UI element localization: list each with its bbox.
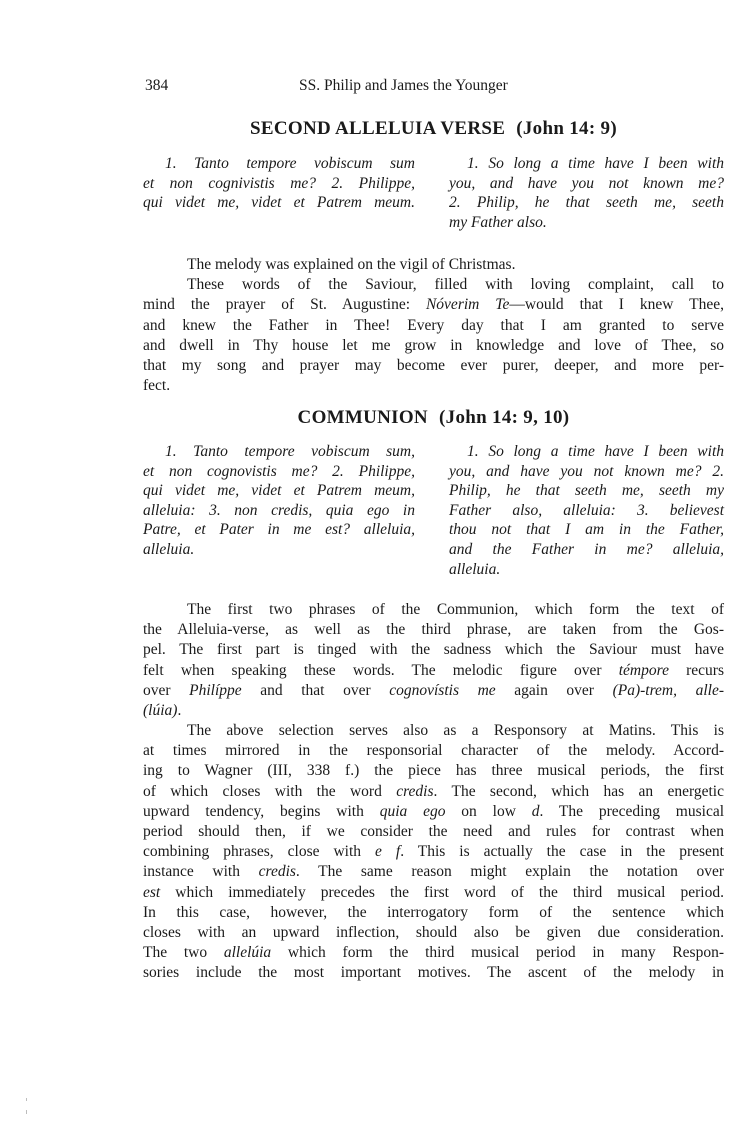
- body-line: The first two phrases of the Communion, …: [143, 600, 724, 620]
- latin-word: credis: [396, 783, 433, 800]
- text-run: on low: [445, 803, 531, 820]
- english-line: Father also, alleluia: 3. believest: [449, 501, 724, 521]
- body-line: that my song and prayer may become ever …: [143, 356, 724, 376]
- running-title: SS. Philip and James the Younger: [299, 77, 508, 95]
- text-run: The two: [143, 944, 224, 961]
- section-heading-alleluia-verse: SECOND ALLELUIA VERSE (John 14: 9): [143, 118, 724, 140]
- latin-word: (lúia): [143, 702, 177, 719]
- commentary-paragraphs-1: The melody was explained on the vigil of…: [143, 255, 724, 396]
- text-run: over: [143, 682, 189, 699]
- commentary-paragraph-2: The first two phrases of the Communion, …: [143, 600, 724, 721]
- latin-word: credis: [259, 863, 296, 880]
- text-run: —would that I knew Thee,: [509, 296, 724, 313]
- body-line: (lúia).: [143, 701, 724, 721]
- scan-artifact: [26, 1098, 27, 1101]
- page-number: 384: [145, 77, 168, 95]
- scan-artifact: [26, 1110, 27, 1114]
- latin-line: 1. Tanto tempore vobiscum sum: [143, 154, 415, 174]
- section-title: SECOND ALLELUIA VERSE: [250, 118, 505, 139]
- latin-word: Philíppe: [189, 682, 242, 699]
- text-run: . This is actually the case in the prese…: [400, 843, 724, 860]
- text-run: upward tendency, begins with: [143, 803, 380, 820]
- body-line: upward tendency, begins with quia ego on…: [143, 802, 724, 822]
- body-line: over Philíppe and that over cognovístis …: [143, 681, 724, 701]
- commentary-paragraph-3: The above selection serves also as a Res…: [143, 721, 724, 984]
- body-line: closes with an upward inflection, should…: [143, 923, 724, 943]
- body-line: fect.: [143, 376, 724, 396]
- english-text-column: 1. So long a time have I been with you, …: [449, 442, 724, 579]
- note-letters: e f: [375, 843, 400, 860]
- latin-line: et non cognovistis me? 2. Philippe,: [143, 462, 415, 482]
- latin-line: qui videt me, videt et Patrem meum,: [143, 481, 415, 501]
- latin-word: quia ego: [380, 803, 446, 820]
- body-line: pel. The first part is tinged with the s…: [143, 640, 724, 660]
- body-line: The two allelúia which form the third mu…: [143, 943, 724, 963]
- text-run: .: [177, 702, 181, 719]
- body-line: The above selection serves also as a Res…: [143, 721, 724, 741]
- body-line: sories include the most important motive…: [143, 963, 724, 983]
- body-line: mind the prayer of St. Augustine: Nóveri…: [143, 295, 724, 315]
- latin-line: qui videt me, videt et Patrem meum.: [143, 193, 415, 213]
- english-line: 1. So long a time have I been with: [449, 154, 724, 174]
- english-line: Philip, he that seeth me, seeth my: [449, 481, 724, 501]
- latin-text-column: 1. Tanto tempore vobiscum sum et non cog…: [143, 154, 415, 213]
- latin-line: alleluia.: [143, 540, 415, 560]
- body-line: and knew the Father in Thee! Every day t…: [143, 316, 724, 336]
- body-line: of which closes with the word credis. Th…: [143, 782, 724, 802]
- latin-line: et non cognivistis me? 2. Philippe,: [143, 174, 415, 194]
- text-run: which immediately precedes the first wor…: [160, 884, 724, 901]
- text-run: of which closes with the word: [143, 783, 396, 800]
- text-run: mind the prayer of St. Augustine:: [143, 296, 426, 313]
- body-line: combining phrases, close with e f. This …: [143, 842, 724, 862]
- section-heading-communion: COMMUNION (John 14: 9, 10): [143, 407, 724, 429]
- text-run: again over: [496, 682, 613, 699]
- latin-word: est: [143, 884, 160, 901]
- section-title: COMMUNION: [298, 407, 428, 428]
- latin-word: allelúia: [224, 944, 271, 961]
- english-line: my Father also.: [449, 213, 724, 233]
- scripture-reference: (John 14: 9, 10): [439, 407, 569, 428]
- body-line: period should then, if we consider the n…: [143, 822, 724, 842]
- english-line: you, and have you not known me? 2.: [449, 462, 724, 482]
- scripture-reference: (John 14: 9): [516, 118, 617, 139]
- latin-phrase: Nóverim Te: [426, 296, 509, 313]
- english-line: 2. Philip, he that seeth me, seeth: [449, 193, 724, 213]
- body-line: and dwell in Thy house let me grow in kn…: [143, 336, 724, 356]
- text-run: recurs: [669, 662, 724, 679]
- text-run: felt when speaking these words. The melo…: [143, 662, 619, 679]
- text-run: combining phrases, close with: [143, 843, 375, 860]
- latin-word: (Pa)-trem, alle-: [613, 682, 724, 699]
- body-line: felt when speaking these words. The melo…: [143, 661, 724, 681]
- text-run: . The second, which has an energetic: [434, 783, 724, 800]
- english-line: thou not that I am in the Father,: [449, 520, 724, 540]
- latin-word: témpore: [619, 662, 669, 679]
- text-run: . The same reason might explain the nota…: [296, 863, 724, 880]
- body-line: at times mirrored in the responsorial ch…: [143, 741, 724, 761]
- body-line: In this case, however, the interrogatory…: [143, 903, 724, 923]
- latin-line: Patre, et Pater in me est? alleluia,: [143, 520, 415, 540]
- text-run: which form the third musical period in m…: [271, 944, 724, 961]
- latin-line: alleluia: 3. non credis, quia ego in: [143, 501, 415, 521]
- latin-line: 1. Tanto tempore vobiscum sum,: [143, 442, 415, 462]
- text-run: instance with: [143, 863, 259, 880]
- body-line: est which immediately precedes the first…: [143, 883, 724, 903]
- latin-word: cognovístis me: [389, 682, 495, 699]
- latin-text-column: 1. Tanto tempore vobiscum sum, et non co…: [143, 442, 415, 560]
- body-line: the Alleluia-verse, as well as the third…: [143, 620, 724, 640]
- body-line: These words of the Saviour, filled with …: [143, 275, 724, 295]
- english-line: alleluia.: [449, 560, 724, 580]
- text-run: and that over: [242, 682, 390, 699]
- body-line: instance with credis. The same reason mi…: [143, 862, 724, 882]
- english-text-column: 1. So long a time have I been with you, …: [449, 154, 724, 232]
- english-line: and the Father in me? alleluia,: [449, 540, 724, 560]
- english-line: 1. So long a time have I been with: [449, 442, 724, 462]
- body-line: ing to Wagner (III, 338 f.) the piece ha…: [143, 761, 724, 781]
- body-line: The melody was explained on the vigil of…: [143, 255, 724, 275]
- english-line: you, and have you not known me?: [449, 174, 724, 194]
- running-head: 384 SS. Philip and James the Younger: [143, 77, 724, 97]
- text-run: . The preceding musical: [539, 803, 724, 820]
